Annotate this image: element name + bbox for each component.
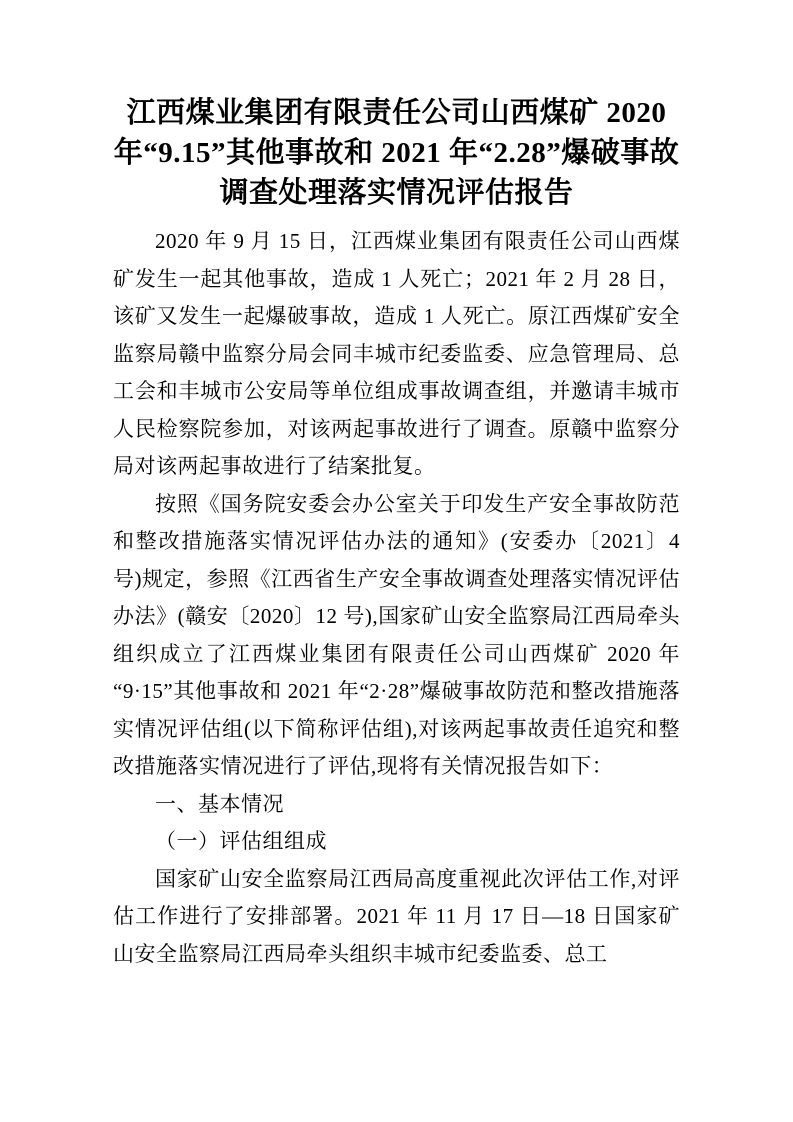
document-page: 江西煤业集团有限责任公司山西煤矿 2020 年“9.15”其他事故和 2021 … — [0, 0, 793, 1122]
paragraph-evaluation-arrangement: 国家矿山安全监察局江西局高度重视此次评估工作,对评估工作进行了安排部署。2021… — [113, 861, 680, 974]
subsection-heading-evaluation-team: （一）评估组组成 — [113, 823, 680, 861]
section-heading-basic-info: 一、基本情况 — [113, 786, 680, 824]
document-title: 江西煤业集团有限责任公司山西煤矿 2020 年“9.15”其他事故和 2021 … — [113, 93, 680, 213]
paragraph-evaluation-basis: 按照《国务院安委会办公室关于印发生产安全事故防范和整改措施落实情况评估办法的通知… — [113, 486, 680, 786]
paragraph-accident-overview: 2020 年 9 月 15 日，江西煤业集团有限责任公司山西煤矿发生一起其他事故… — [113, 223, 680, 486]
